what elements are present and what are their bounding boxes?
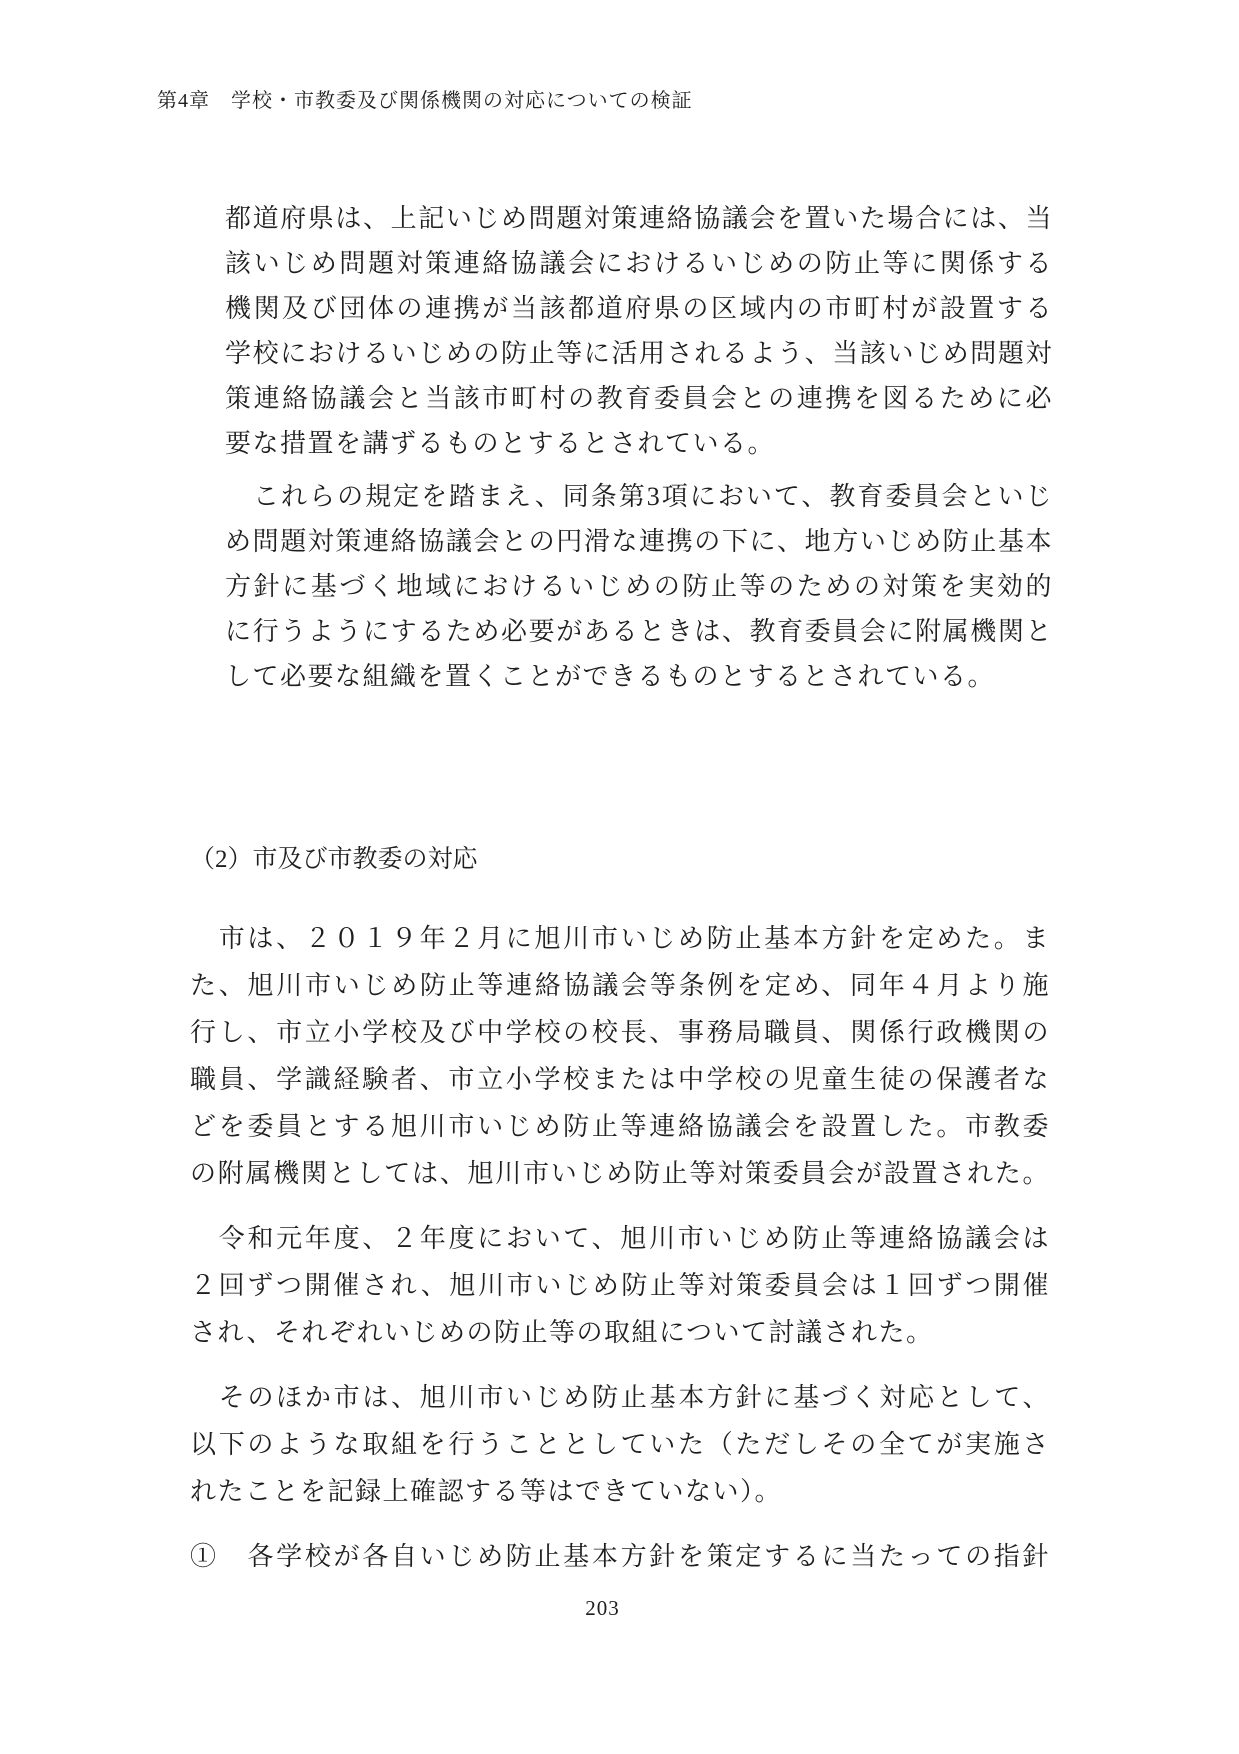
section-heading: （2）市及び市教委の対応: [190, 845, 478, 875]
document-page: 第4章 学校・市教委及び関係機関の対応についての検証 都道府県は、上記いじめ問題…: [0, 0, 1239, 1754]
paragraph-line: 機関及び団体の連携が当該都道府県の区域内の市町村が設置する: [225, 286, 1053, 331]
paragraph-line: 該いじめ問題対策連絡協議会におけるいじめの防止等に関係する: [225, 241, 1053, 286]
paragraph-line: どを委員とする旭川市いじめ防止等連絡協議会を設置した。市教委: [190, 1103, 1050, 1150]
list-item-line: ① 各学校が各自いじめ防止基本方針を策定するに当たっての指針: [190, 1533, 1050, 1580]
chapter-header: 第4章 学校・市教委及び関係機関の対応についての検証: [157, 84, 693, 113]
list-item: ① 各学校が各自いじめ防止基本方針を策定するに当たっての指針: [190, 1533, 1050, 1580]
paragraph-line: 要な措置を講ずるものとするとされている。: [225, 421, 1053, 466]
paragraph-line: に行うようにするため必要があるときは、教育委員会に附属機関と: [225, 609, 1053, 654]
paragraph: 市は、２０１９年２月に旭川市いじめ防止基本方針を定めた。ま た、旭川市いじめ防止…: [190, 915, 1050, 1197]
paragraph-line: これらの規定を踏まえ、同条第3項において、教育委員会といじ: [225, 474, 1053, 519]
page-number: 203: [0, 1596, 1205, 1621]
paragraph: 令和元年度、２年度において、旭川市いじめ防止等連絡協議会は ２回ずつ開催され、旭…: [190, 1215, 1050, 1356]
paragraph-line: 学校におけるいじめの防止等に活用されるよう、当該いじめ問題対: [225, 331, 1053, 376]
paragraph-line: ２回ずつ開催され、旭川市いじめ防止等対策委員会は１回ずつ開催: [190, 1262, 1050, 1309]
paragraph-line: れたことを記録上確認する等はできていない）。: [190, 1468, 1050, 1515]
paragraph-line: 方針に基づく地域におけるいじめの防止等のための対策を実効的: [225, 564, 1053, 609]
paragraph-line: 策連絡協議会と当該市町村の教育委員会との連携を図るために必: [225, 376, 1053, 421]
paragraph-line: た、旭川市いじめ防止等連絡協議会等条例を定め、同年４月より施: [190, 962, 1050, 1009]
legal-text-block: 都道府県は、上記いじめ問題対策連絡協議会を置いた場合には、当 該いじめ問題対策連…: [225, 196, 1053, 699]
paragraph-line: され、それぞれいじめの防止等の取組について討議された。: [190, 1309, 1050, 1356]
paragraph-line: そのほか市は、旭川市いじめ防止基本方針に基づく対応として、: [190, 1374, 1050, 1421]
paragraph-line: して必要な組織を置くことができるものとするとされている。: [225, 654, 1053, 699]
paragraph-line: 職員、学識経験者、市立小学校または中学校の児童生徒の保護者な: [190, 1056, 1050, 1103]
paragraph-line: 行し、市立小学校及び中学校の校長、事務局職員、関係行政機関の: [190, 1009, 1050, 1056]
paragraph: そのほか市は、旭川市いじめ防止基本方針に基づく対応として、 以下のような取組を行…: [190, 1374, 1050, 1515]
paragraph-line: の附属機関としては、旭川市いじめ防止等対策委員会が設置された。: [190, 1150, 1050, 1197]
paragraph-line: 市は、２０１９年２月に旭川市いじめ防止基本方針を定めた。ま: [190, 915, 1050, 962]
paragraph-line: め問題対策連絡協議会との円滑な連携の下に、地方いじめ防止基本: [225, 519, 1053, 564]
paragraph-line: 令和元年度、２年度において、旭川市いじめ防止等連絡協議会は: [190, 1215, 1050, 1262]
city-response-block: 市は、２０１９年２月に旭川市いじめ防止基本方針を定めた。ま た、旭川市いじめ防止…: [190, 915, 1050, 1580]
paragraph-line: 以下のような取組を行うこととしていた（ただしその全てが実施さ: [190, 1421, 1050, 1468]
paragraph: これらの規定を踏まえ、同条第3項において、教育委員会といじ め問題対策連絡協議会…: [225, 474, 1053, 699]
paragraph-line: 都道府県は、上記いじめ問題対策連絡協議会を置いた場合には、当: [225, 196, 1053, 241]
paragraph: 都道府県は、上記いじめ問題対策連絡協議会を置いた場合には、当 該いじめ問題対策連…: [225, 196, 1053, 466]
